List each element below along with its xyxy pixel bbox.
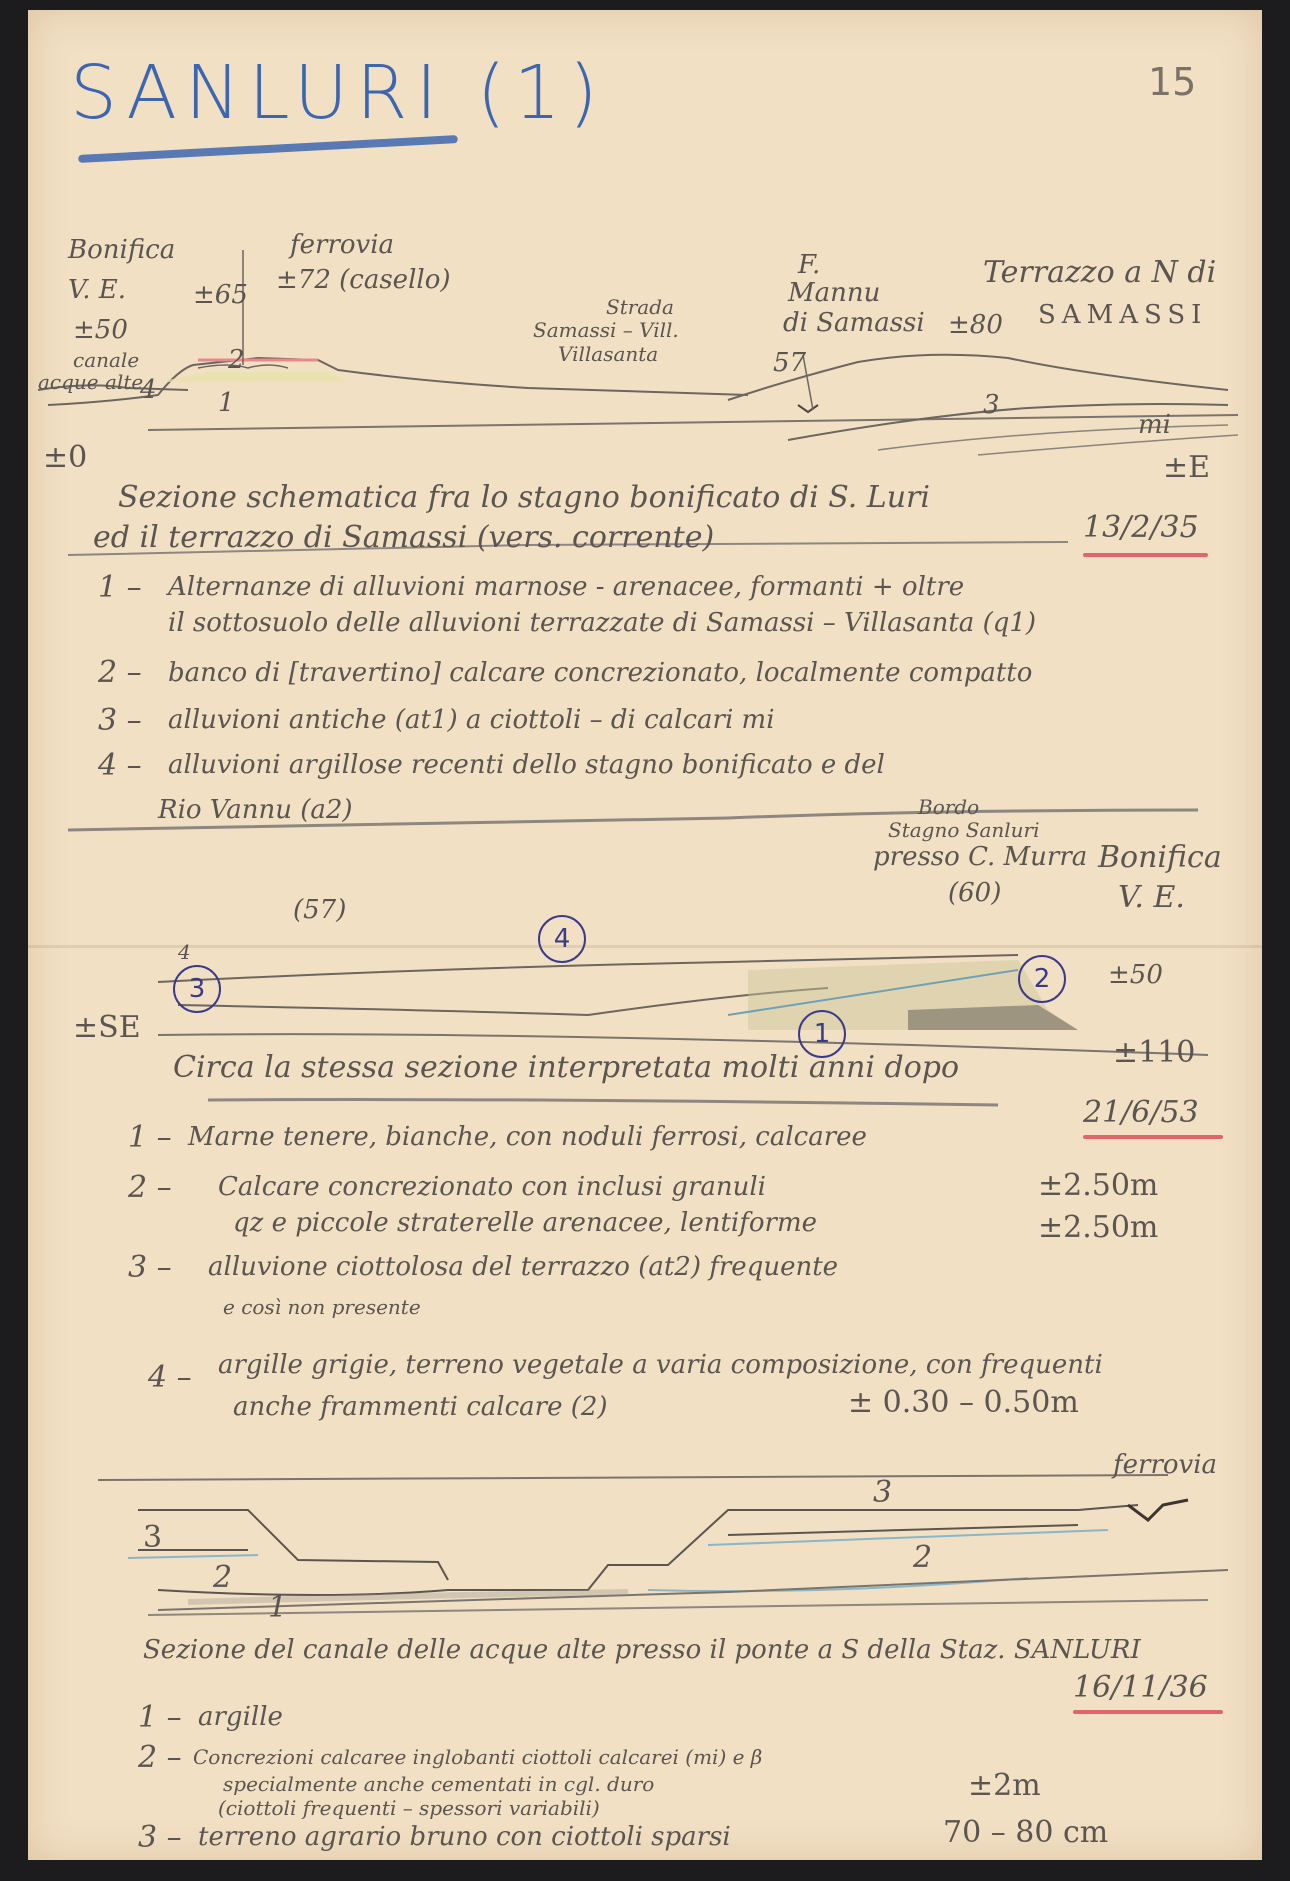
legend-item-text: Marne tenere, bianche, con noduli ferros… — [188, 1122, 867, 1152]
label-ve-2: V. E. — [1118, 880, 1185, 915]
layer-label-2: 2 — [228, 345, 245, 375]
legend-item-num: 1 – — [98, 570, 142, 605]
legend-item-text: argille grigie, terreno vegetale a varia… — [218, 1350, 1103, 1380]
legend-thickness: ±2m — [968, 1768, 1041, 1803]
label-samassi: SAMASSI — [1038, 300, 1207, 330]
elev-65: ±65 — [193, 280, 248, 310]
legend-thickness: ±2.50m — [1038, 1168, 1158, 1203]
elev-80: ±80 — [948, 310, 1003, 340]
legend-item-text: Calcare concrezionato con inclusi granul… — [218, 1172, 766, 1202]
section3-caption: Sezione del canale delle acque alte pres… — [143, 1635, 1141, 1665]
label-acque-alte: acque alte — [38, 370, 143, 394]
layer-label-2-left: 2 — [213, 1560, 232, 1595]
label-bonifica-2: Bonifica — [1098, 840, 1222, 875]
direction-se: ±SE — [73, 1010, 141, 1045]
legend-item-text: banco di [travertino] calcare concrezion… — [168, 658, 1032, 688]
legend-thickness: 70 – 80 cm — [943, 1815, 1108, 1850]
legend-item-text: terreno agrario bruno con ciottoli spars… — [198, 1822, 731, 1852]
elev-50-2: ±50 — [1108, 960, 1163, 990]
legend-item-text: argille — [198, 1702, 283, 1732]
section1-date-underline — [1083, 553, 1208, 557]
elev-60: (60) — [948, 878, 1001, 908]
direction-e: ±E — [1163, 450, 1210, 485]
layer-label-1: 1 — [268, 1590, 287, 1625]
elev-57: 57 — [773, 348, 806, 378]
legend-item-num: 3 – — [138, 1820, 182, 1855]
legend-item-cont: Rio Vannu (a2) — [158, 795, 353, 825]
legend-item-text: Concrezioni calcaree inglobanti ciottoli… — [193, 1745, 762, 1769]
label-ferrovia: ferrovia — [290, 230, 394, 260]
elev-50: ±50 — [73, 315, 128, 345]
layer-label-1: 1 — [218, 388, 235, 418]
label-di-samassi: di Samassi — [783, 308, 925, 338]
elev-0: ±0 — [43, 440, 87, 475]
legend-thickness: ± 0.30 – 0.50m — [848, 1385, 1079, 1420]
legend-item-num: 3 – — [128, 1250, 172, 1285]
legend-item-num: 2 – — [138, 1740, 182, 1775]
section1-caption-line2: ed il terrazzo di Samassi (vers. corrent… — [93, 520, 714, 555]
layer-label-4: 4 — [140, 375, 157, 405]
legend-item-text: Alternanze di alluvioni marnose - arenac… — [168, 572, 964, 602]
section1-date: 13/2/35 — [1083, 510, 1199, 545]
circled-label-3: 3 — [173, 965, 221, 1013]
legend-item-text: alluvioni argillose recenti dello stagno… — [168, 750, 885, 780]
elev-110: ±110 — [1113, 1035, 1195, 1070]
legend-item-cont: anche frammenti calcare (2) — [233, 1392, 608, 1422]
section2-caption: Circa la stessa sezione interpretata mol… — [173, 1050, 959, 1085]
label-mannu: Mannu — [788, 278, 880, 308]
label-terrazzo: Terrazzo a N di — [983, 255, 1216, 290]
notebook-page: SANLURI (1) 15 — [28, 10, 1262, 1860]
legend-item-num: 3 – — [98, 703, 142, 738]
legend-item-num: 2 – — [98, 655, 142, 690]
legend-thickness: ±2.50m — [1038, 1210, 1158, 1245]
layer-label-3: 3 — [983, 390, 1000, 420]
legend-item-num: 4 – — [98, 748, 142, 783]
label-ferrovia-3: ferrovia — [1113, 1450, 1217, 1480]
label-bonifica: Bonifica — [68, 235, 175, 265]
label-ve: V. E. — [68, 275, 126, 305]
label-mi: mi — [1138, 410, 1171, 440]
legend-item-text: alluvioni antiche (at1) a ciottoli – di … — [168, 705, 775, 735]
circled-label-2: 2 — [1018, 955, 1066, 1003]
legend-item-cont: il sottosuolo delle alluvioni terrazzate… — [168, 608, 1036, 638]
legend-item-cont: specialmente anche cementati in cgl. dur… — [223, 1772, 654, 1796]
legend-item-cont: (ciottoli frequenti – spessori variabili… — [218, 1796, 600, 1820]
label-bordo: Bordo — [918, 795, 979, 819]
label-presso-murra: presso C. Murra — [873, 842, 1087, 872]
layer-label-2-right: 2 — [913, 1540, 932, 1575]
label-strada: Strada — [606, 295, 674, 319]
legend-item-cont: qz e piccole straterelle arenacee, lenti… — [233, 1208, 817, 1238]
circled-label-4: 4 — [538, 915, 586, 963]
legend-item-num: 1 – — [138, 1700, 182, 1735]
label-f: F. — [798, 250, 820, 280]
small-label-4: 4 — [178, 940, 191, 964]
legend-item-text: alluvione ciottolosa del terrazzo (at2) … — [208, 1252, 838, 1282]
label-stagno-sanluri: Stagno Sanluri — [888, 818, 1039, 842]
section3-date-underline — [1073, 1710, 1223, 1714]
layer-label-3-right: 3 — [873, 1475, 892, 1510]
layer-label-3-left: 3 — [143, 1520, 162, 1555]
label-villasanta: Villasanta — [558, 342, 658, 366]
elev-72: ±72 (casello) — [276, 265, 451, 295]
section2-date-underline — [1083, 1135, 1223, 1139]
legend-item-cont: e così non presente — [223, 1295, 421, 1319]
label-samassi-villasanta: Samassi – Vill. — [533, 318, 679, 342]
section2-date: 21/6/53 — [1083, 1095, 1199, 1130]
elev-57-paren: (57) — [293, 895, 346, 925]
section3-date: 16/11/36 — [1073, 1670, 1208, 1705]
legend-item-num: 1 – — [128, 1120, 172, 1155]
legend-item-num: 4 – — [148, 1360, 192, 1395]
label-canale: canale — [73, 348, 139, 372]
legend-item-num: 2 – — [128, 1170, 172, 1205]
section1-caption-line1: Sezione schematica fra lo stagno bonific… — [118, 480, 930, 515]
